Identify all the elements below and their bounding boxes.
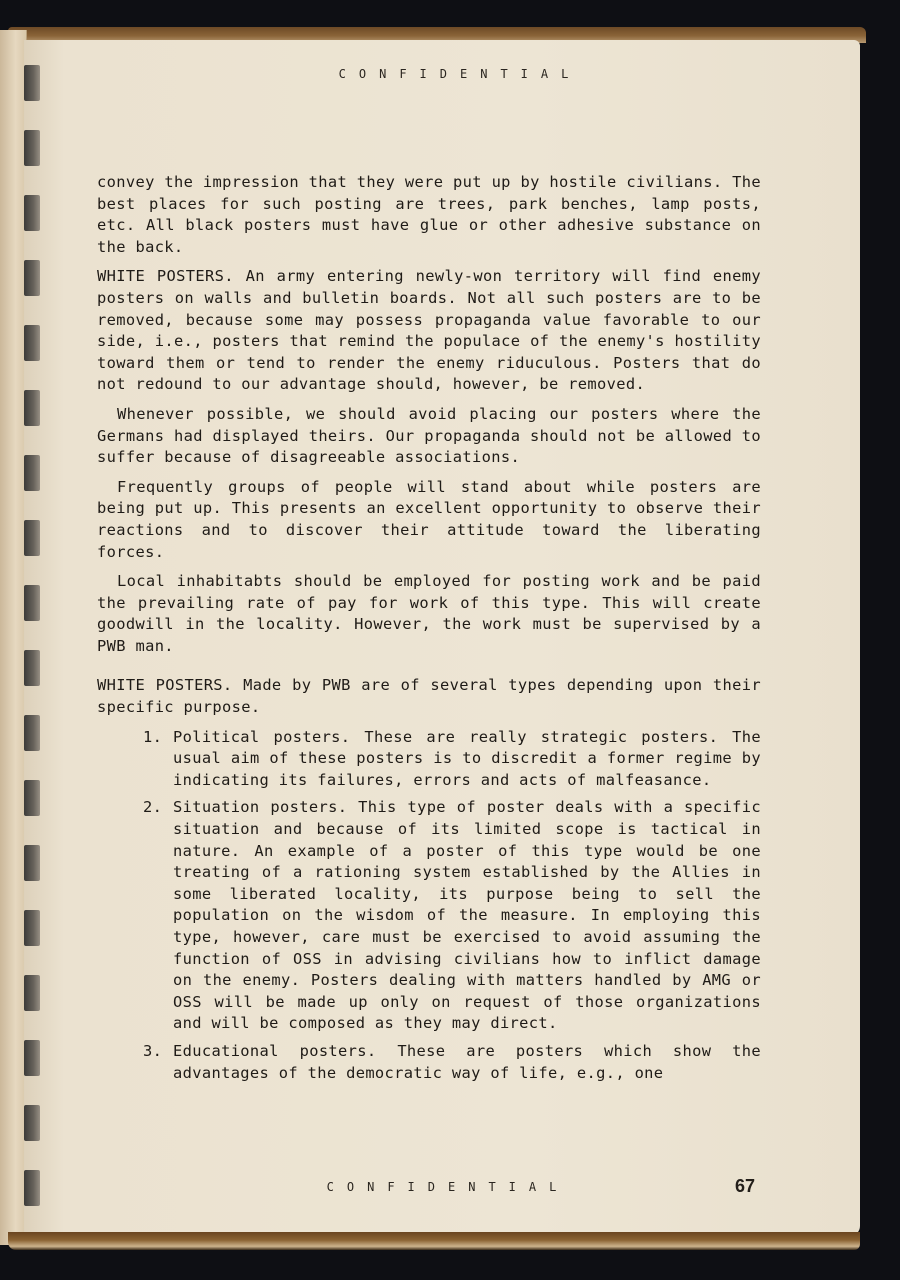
paragraph: Whenever possible, we should avoid placi… bbox=[97, 404, 761, 469]
list-item: 1. Political posters. These are really s… bbox=[97, 727, 761, 792]
paragraph: convey the impression that they were put… bbox=[97, 172, 761, 258]
binding-hole bbox=[24, 130, 40, 166]
binding-hole bbox=[24, 455, 40, 491]
page-number: 67 bbox=[735, 1176, 755, 1197]
binding-hole bbox=[24, 650, 40, 686]
list-item: 3. Educational posters. These are poster… bbox=[97, 1041, 761, 1084]
binding-hole bbox=[24, 1040, 40, 1076]
facing-page-edge bbox=[0, 30, 27, 1245]
paragraph-text: An army entering newly-won territory wil… bbox=[97, 267, 761, 393]
comb-binding bbox=[24, 60, 42, 1230]
list-item: 2. Situation posters. This type of poste… bbox=[97, 797, 761, 1035]
binding-hole bbox=[24, 390, 40, 426]
paragraph-text: convey the impression that they were put… bbox=[97, 173, 761, 256]
page-stack-bottom-edge bbox=[8, 1232, 860, 1250]
list-number: 3. bbox=[143, 1041, 162, 1063]
list-text: Educational posters. These are posters w… bbox=[173, 1042, 761, 1082]
running-head: CONFIDENTIAL bbox=[10, 67, 900, 81]
paragraph: WHITE POSTERS. An army entering newly-wo… bbox=[97, 266, 761, 396]
binding-hole bbox=[24, 780, 40, 816]
binding-hole bbox=[24, 260, 40, 296]
paragraph-text: Frequently groups of people will stand a… bbox=[97, 478, 761, 561]
section-lead: WHITE POSTERS. bbox=[97, 676, 233, 694]
paragraph-text: Local inhabitabts should be employed for… bbox=[97, 572, 761, 655]
section-lead: WHITE POSTERS. bbox=[97, 267, 234, 285]
paragraph-text: Whenever possible, we should avoid placi… bbox=[97, 405, 761, 466]
paragraph: Local inhabitabts should be employed for… bbox=[97, 571, 761, 657]
scanned-booklet-page: CONFIDENTIAL convey the impression that … bbox=[0, 0, 900, 1280]
list-number: 1. bbox=[143, 727, 162, 749]
body-text: convey the impression that they were put… bbox=[97, 172, 761, 1090]
paragraph: Frequently groups of people will stand a… bbox=[97, 477, 761, 563]
binding-hole bbox=[24, 195, 40, 231]
list-number: 2. bbox=[143, 797, 162, 819]
binding-hole bbox=[24, 845, 40, 881]
binding-hole bbox=[24, 325, 40, 361]
binding-hole bbox=[24, 715, 40, 751]
binding-hole bbox=[24, 910, 40, 946]
running-foot: CONFIDENTIAL bbox=[0, 1180, 898, 1194]
binding-hole bbox=[24, 520, 40, 556]
list-text: Political posters. These are really stra… bbox=[173, 728, 761, 789]
binding-hole bbox=[24, 975, 40, 1011]
list-text: Situation posters. This type of poster d… bbox=[173, 798, 761, 1032]
binding-hole bbox=[24, 1105, 40, 1141]
paragraph: WHITE POSTERS. Made by PWB are of severa… bbox=[97, 675, 761, 718]
poster-types-list: 1. Political posters. These are really s… bbox=[97, 727, 761, 1085]
binding-hole bbox=[24, 585, 40, 621]
